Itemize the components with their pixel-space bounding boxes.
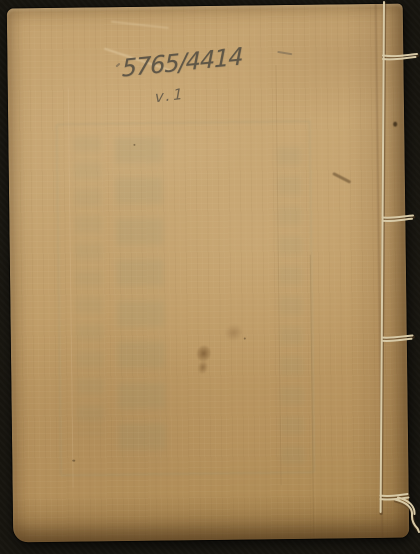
ghost-text-column-right bbox=[276, 147, 305, 465]
speck bbox=[72, 460, 75, 462]
paper-crease-streak bbox=[111, 21, 169, 29]
pencil-tick-mark bbox=[115, 63, 120, 68]
call-number-handwriting: 5765/4414 bbox=[122, 37, 291, 82]
photo-backdrop: 5765/4414 v.1 bbox=[0, 0, 420, 554]
book-cover: 5765/4414 v.1 bbox=[7, 4, 409, 543]
ghost-text-column-left bbox=[73, 135, 105, 435]
binding-edge-shading bbox=[345, 4, 410, 539]
volume-handwriting: v.1 bbox=[155, 85, 186, 107]
bottom-edge-shading bbox=[13, 492, 410, 543]
speck bbox=[133, 144, 135, 146]
ghost-text-column-center bbox=[114, 137, 166, 466]
speck bbox=[244, 338, 246, 340]
